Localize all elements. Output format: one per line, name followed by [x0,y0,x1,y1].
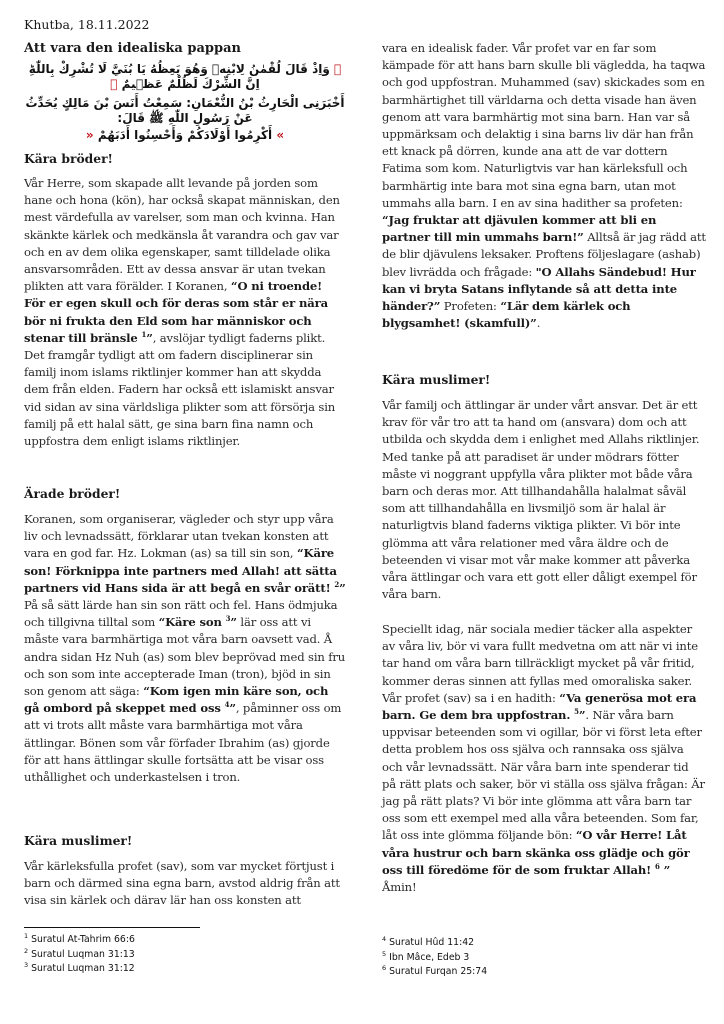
footnote-item: 6 Suratul Furqan 25:74 [382,965,487,980]
footnote-item: 2 Suratul Luqman 31:13 [24,948,135,963]
section-heading: Kära muslimer! [24,833,346,848]
footnote-text: Ibn Mâce, Edeb 3 [389,952,469,963]
section-heading: Ärade bröder! [24,486,346,501]
footnote-number: 4 [382,935,386,943]
footnotes-left: 1 Suratul At-Tahrim 66:6 2 Suratul Luqma… [24,933,135,977]
section-heading: Kära bröder! [24,151,346,166]
quote-text: “Käre son [159,615,226,629]
footnote-number: 2 [24,946,28,954]
footnote-item: 3 Suratul Luqman 31:12 [24,962,135,977]
footnote-number: 5 [382,949,386,957]
paragraph-text: vara en idealisk fader. Vår profet var e… [382,41,705,210]
paragraph-text: . När våra barn uppvisar beteenden som v… [382,708,705,842]
footnote-text: Suratul Hûd 11:42 [389,937,474,948]
footnote-number: 1 [24,932,28,940]
hadith-text: أَكْرِمُوا أَوْلَادَكُمْ وَأَحْسِنُوا أَ… [98,128,272,142]
khutba-date: Khutba, 18.11.2022 [24,17,149,32]
footnote-item: 4 Suratul Hûd 11:42 [382,936,487,951]
section-kara-muslimer: Kära muslimer! [24,833,346,848]
section-kara-broder: Kära bröder! [24,151,346,166]
paragraph-text: Profeten: [440,299,500,313]
footnote-separator [24,927,200,928]
footnote-text: Suratul Furqan 25:74 [389,966,487,977]
paragraph-6: Speciellt idag, när sociala medier täcke… [382,621,706,896]
paragraph-text: Vår familj och ättlingar är under vårt a… [382,397,706,603]
arabic-hadith: » أَكْرِمُوا أَوْلَادَكُمْ وَأَحْسِنُوا … [24,128,346,143]
footnote-number: 3 [24,961,28,969]
footnote-text: Suratul Luqman 31:13 [31,949,135,960]
footnote-item: 1 Suratul At-Tahrim 66:6 [24,933,135,948]
footnote-text: Suratul Luqman 31:12 [31,963,135,974]
paragraph-text: Åmin! [382,880,416,894]
paragraph-text: Koranen, som organiserar, vägleder och s… [24,512,334,560]
arabic-verse: ﴾ وَاِذْ قَالَ لُقْمٰنُ لِابْنِه۪ وَهُوَ… [24,62,346,92]
paragraph-4: vara en idealisk fader. Vår profet var e… [382,40,706,332]
quote-end: ” [339,581,346,595]
quran-quote: “Käre son 3” [159,615,237,629]
paragraph-text: , avslöjar tydligt faderns plikt. Det fr… [24,331,335,448]
section-arade-broder: Ärade bröder! [24,486,346,501]
footnote-text: Suratul At-Tahrim 66:6 [31,934,135,945]
paragraph-1: Vår Herre, som skapade allt levande på j… [24,175,346,450]
paragraph-text: Vår kärleksfulla profet (sav), som var m… [24,858,346,910]
paragraph-2: Koranen, som organiserar, vägleder och s… [24,511,346,786]
footnote-number: 6 [382,964,386,972]
arabic-narration: أَخْبَرَنِى الْحَارِثُ بْنُ النُّعْمَانِ… [24,96,346,126]
quote-end: ” [660,863,670,877]
paragraph-5: Vår familj och ättlingar är under vårt a… [382,397,706,603]
verse-open-bracket: ﴾ [334,62,341,76]
document-page: Khutba, 18.11.2022 Att vara den idealisk… [0,0,724,1024]
section-heading: Kära muslimer! [382,372,706,387]
verse-text: وَاِذْ قَالَ لُقْمٰنُ لِابْنِه۪ وَهُوَ ي… [29,62,330,91]
verse-close-bracket: ﴿ [110,77,117,91]
hadith-open-quote: » [276,128,284,142]
footnotes-right: 4 Suratul Hûd 11:42 5 Ibn Mâce, Edeb 3 6… [382,936,487,980]
footnote-item: 5 Ibn Mâce, Edeb 3 [382,951,487,966]
page-title: Att vara den idealiska pappan [24,41,241,56]
paragraph-text: . [537,316,541,330]
paragraph-3: Vår kärleksfulla profet (sav), som var m… [24,858,346,910]
paragraph-text: Vår Herre, som skapade allt levande på j… [24,176,340,293]
section-kara-muslimer-2: Kära muslimer! [382,372,706,387]
hadith-close-quote: « [86,128,94,142]
